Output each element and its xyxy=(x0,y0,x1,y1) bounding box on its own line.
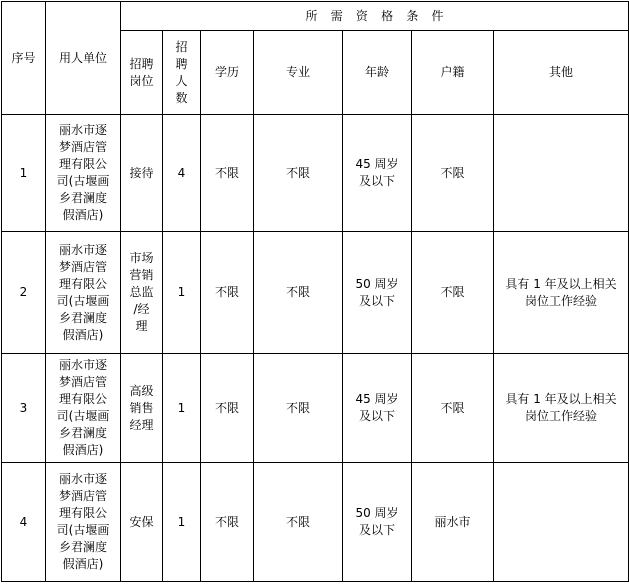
header-employer: 用人单位 xyxy=(46,2,121,115)
age-cell: 50 周岁 及以下 xyxy=(343,232,412,354)
header-age: 年龄 xyxy=(343,31,412,115)
serial-cell: 1 xyxy=(2,115,46,232)
table-row: 4 丽水市逐 梦酒店管 理有限公 司(古堰画 乡君澜度 假酒店) 安保 1 不限… xyxy=(2,463,629,582)
position-cell: 市场 营销 总监 /经 理 xyxy=(121,232,163,354)
header-position: 招聘 岗位 xyxy=(121,31,163,115)
employer-cell: 丽水市逐 梦酒店管 理有限公 司(古堰画 乡君澜度 假酒店) xyxy=(46,463,121,582)
age-cell: 45 周岁 及以下 xyxy=(343,354,412,463)
headcount-cell: 1 xyxy=(163,232,201,354)
position-cell: 接待 xyxy=(121,115,163,232)
education-cell: 不限 xyxy=(201,115,254,232)
residence-cell: 不限 xyxy=(412,354,494,463)
table-row: 2 丽水市逐 梦酒店管 理有限公 司(古堰画 乡君澜度 假酒店) 市场 营销 总… xyxy=(2,232,629,354)
employer-cell: 丽水市逐 梦酒店管 理有限公 司(古堰画 乡君澜度 假酒店) xyxy=(46,232,121,354)
header-education: 学历 xyxy=(201,31,254,115)
education-cell: 不限 xyxy=(201,463,254,582)
serial-cell: 3 xyxy=(2,354,46,463)
position-cell: 高级 销售 经理 xyxy=(121,354,163,463)
serial-cell: 2 xyxy=(2,232,46,354)
header-headcount: 招 聘 人 数 xyxy=(163,31,201,115)
header-qualifications: 所需资格条件 xyxy=(121,2,629,31)
age-cell: 50 周岁 及以下 xyxy=(343,463,412,582)
headcount-cell: 1 xyxy=(163,354,201,463)
recruitment-table: 序号 用人单位 所需资格条件 招聘 岗位 招 聘 人 数 学历 专业 年龄 户籍… xyxy=(1,1,629,582)
headcount-cell: 1 xyxy=(163,463,201,582)
position-cell: 安保 xyxy=(121,463,163,582)
residence-cell: 丽水市 xyxy=(412,463,494,582)
header-residence: 户籍 xyxy=(412,31,494,115)
headcount-cell: 4 xyxy=(163,115,201,232)
major-cell: 不限 xyxy=(254,354,343,463)
major-cell: 不限 xyxy=(254,232,343,354)
major-cell: 不限 xyxy=(254,463,343,582)
residence-cell: 不限 xyxy=(412,232,494,354)
residence-cell: 不限 xyxy=(412,115,494,232)
education-cell: 不限 xyxy=(201,354,254,463)
other-cell xyxy=(494,115,629,232)
table-row: 1 丽水市逐 梦酒店管 理有限公 司(古堰画 乡君澜度 假酒店) 接待 4 不限… xyxy=(2,115,629,232)
serial-cell: 4 xyxy=(2,463,46,582)
header-major: 专业 xyxy=(254,31,343,115)
employer-cell: 丽水市逐 梦酒店管 理有限公 司(古堰画 乡君澜度 假酒店) xyxy=(46,354,121,463)
education-cell: 不限 xyxy=(201,232,254,354)
age-cell: 45 周岁 及以下 xyxy=(343,115,412,232)
major-cell: 不限 xyxy=(254,115,343,232)
employer-cell: 丽水市逐 梦酒店管 理有限公 司(古堰画 乡君澜度 假酒店) xyxy=(46,115,121,232)
other-cell: 具有 1 年及以上相关 岗位工作经验 xyxy=(494,232,629,354)
other-cell xyxy=(494,463,629,582)
header-other: 其他 xyxy=(494,31,629,115)
table-row: 3 丽水市逐 梦酒店管 理有限公 司(古堰画 乡君澜度 假酒店) 高级 销售 经… xyxy=(2,354,629,463)
header-serial: 序号 xyxy=(2,2,46,115)
other-cell: 具有 1 年及以上相关 岗位工作经验 xyxy=(494,354,629,463)
